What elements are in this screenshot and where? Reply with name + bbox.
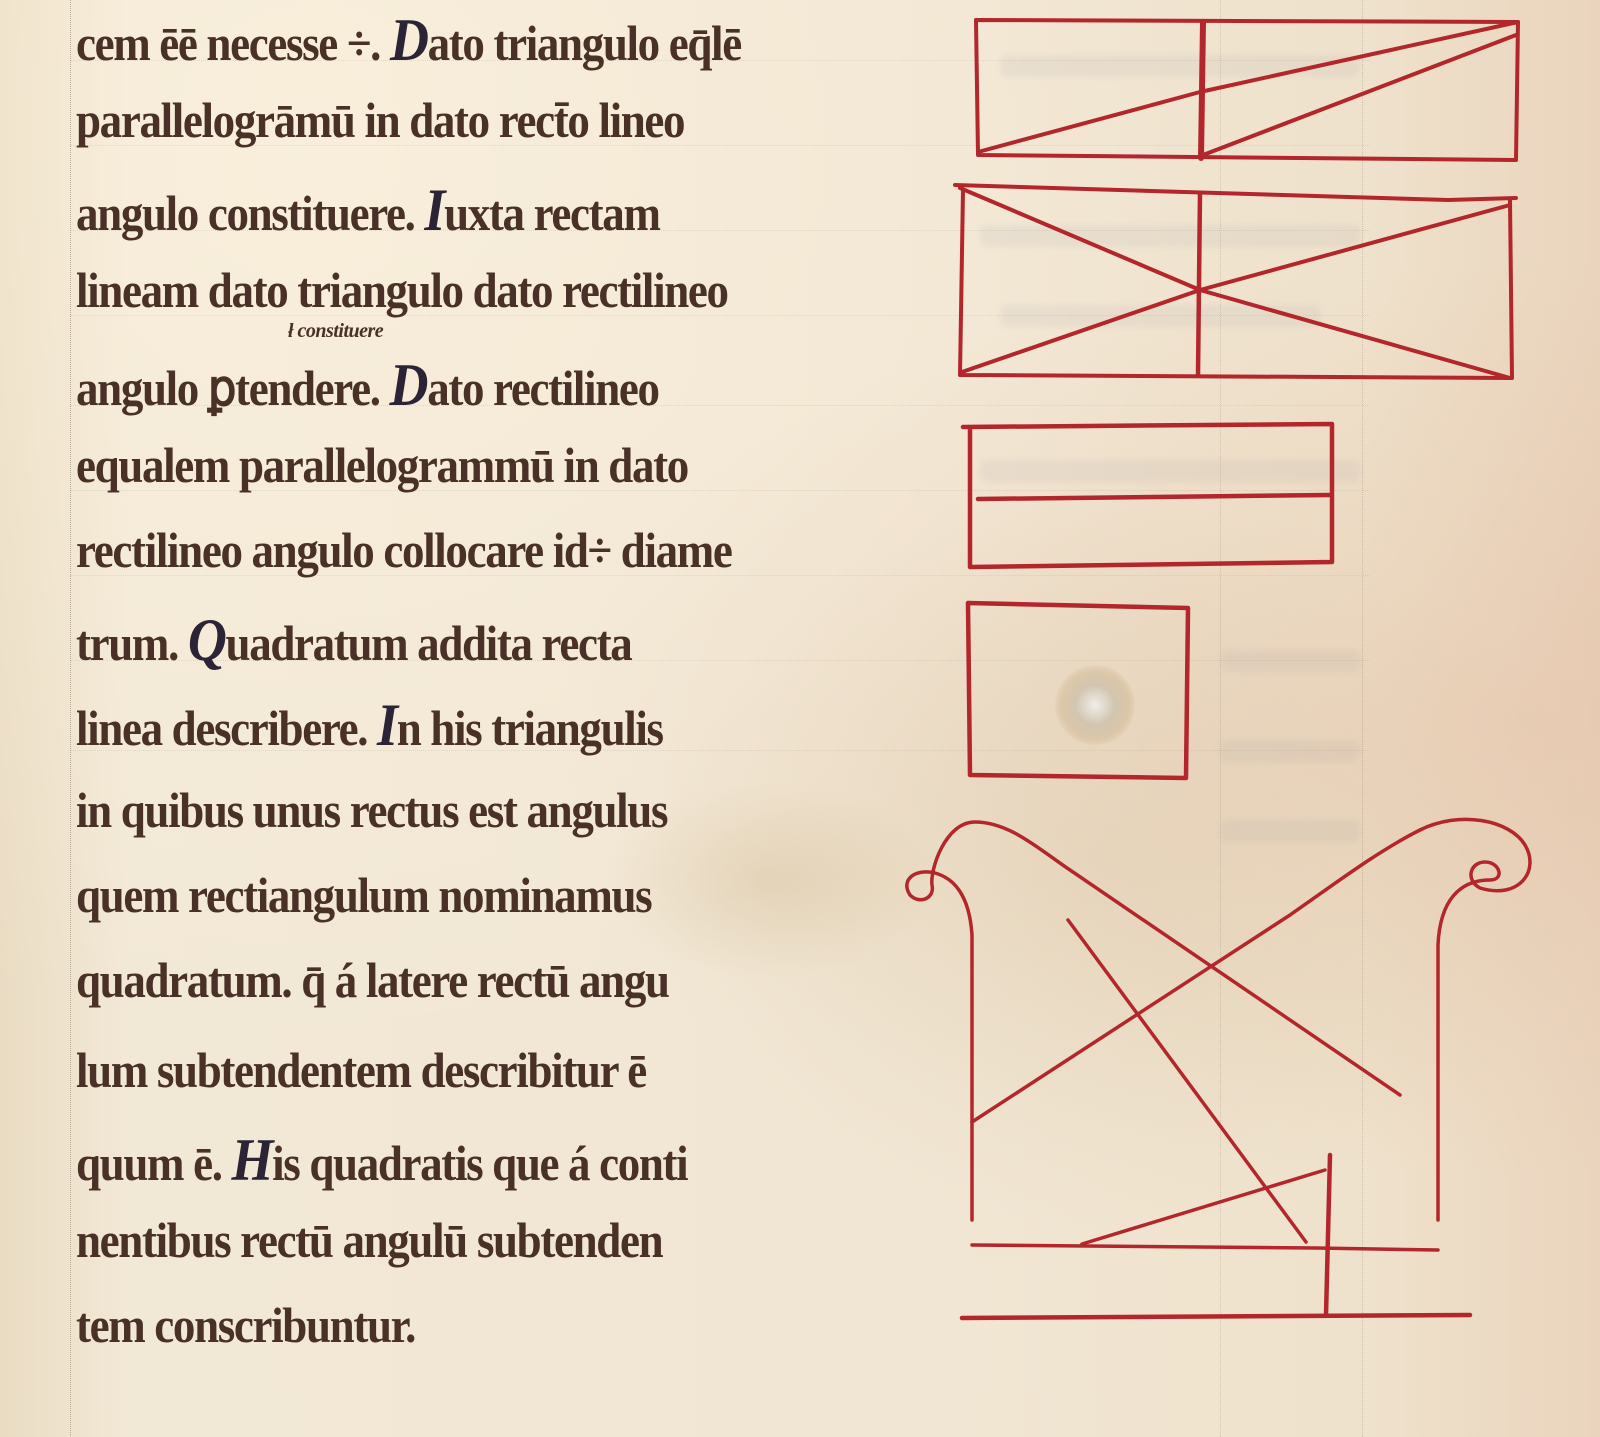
diagram-prop-46: [968, 603, 1188, 778]
manuscript-page: cem ēē necesse ÷. Dato triangulo eq̄lē p…: [0, 0, 1600, 1437]
diagram-prop-47: [907, 819, 1530, 1318]
diagram-prop-44: [955, 185, 1516, 378]
geometric-diagrams: [0, 0, 1600, 1437]
diagram-prop-45: [963, 424, 1332, 567]
diagram-prop-42: [976, 20, 1518, 160]
